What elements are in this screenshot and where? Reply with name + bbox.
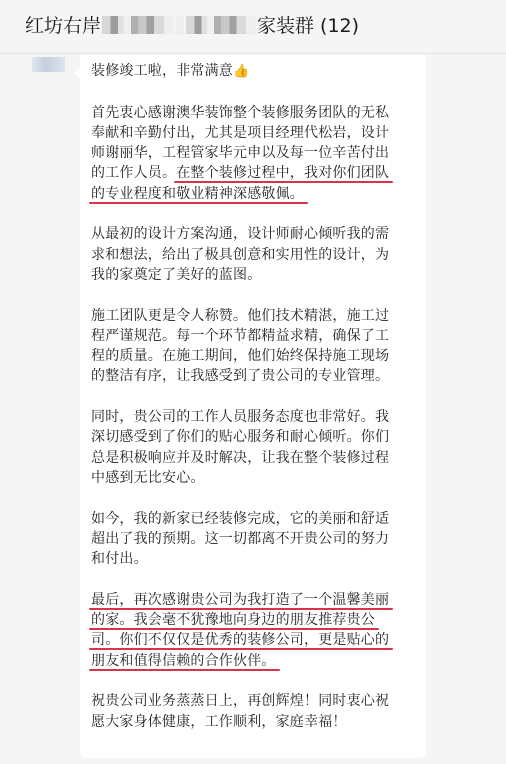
message-line-text: 愿大家身体健康，工作顺利，家庭幸福！: [91, 714, 347, 730]
message-line: 施工团队更是令人称赞。他们技术精湛，施工过: [91, 306, 421, 326]
message-paragraph: 最后，再次感谢贵公司为我打造了一个温馨美丽的家。我会毫不犹豫地向身边的朋友推荐贵…: [91, 590, 421, 671]
message-line-text: 程的质量。在施工期间，他们始终保持施工现场: [91, 348, 389, 364]
message-line: 的工作人员。在整个装修过程中，我对你们团队: [91, 163, 421, 183]
message-first-line: 装修竣工啦，非常满意👍: [91, 61, 421, 82]
message-line: 程严谨规范。每一个环节都精益求精，确保了工: [91, 326, 421, 346]
message-line: 程的质量。在施工期间，他们始终保持施工现场: [91, 346, 421, 366]
message-line-text: 总是积极响应并及时解决，让我在整个装修过程: [91, 450, 389, 466]
message-paragraph: 首先衷心感谢澳华装饰整个装修服务团队的无私奉献和辛勤付出，尤其是项目经理代松岩，…: [91, 103, 421, 204]
message-line: 从最初的设计方案沟通，设计师耐心倾听我的需: [91, 224, 421, 244]
message-line-text: 求和想法，给出了极具创意和实用性的设计，为: [91, 247, 389, 263]
message-line-text: 中感到无比安心。: [91, 470, 205, 486]
highlighted-text: 司。你们不仅仅是优秀的装修公司，更是贴心的: [91, 632, 389, 648]
message-paragraph: 如今，我的新家已经装修完成，它的美丽和舒适超出了我的预期。这一切都离不开贵公司的…: [91, 509, 421, 570]
message-line: 求和想法，给出了极具创意和实用性的设计，为: [91, 245, 421, 265]
message-line: 祝贵公司业务蒸蒸日上，再创辉煌！同时衷心祝: [91, 691, 421, 711]
message-line: 如今，我的新家已经装修完成，它的美丽和舒适: [91, 509, 421, 529]
group-title[interactable]: 红坊右岸 家装群 (12): [25, 11, 359, 38]
message-line: 的专业程度和敬业精神深感敬佩。: [91, 184, 421, 204]
message-line: 师谢丽华，工程管家毕元申以及每一位辛苦付出: [91, 143, 421, 163]
thumbs-up-icon: 👍: [233, 62, 249, 82]
message-line-text: 深切感受到了你们的贴心服务和耐心倾听。你们: [91, 429, 389, 445]
message-line-text: 我的家奠定了美好的蓝图。: [91, 267, 261, 283]
message-line: 深切感受到了你们的贴心服务和耐心倾听。你们: [91, 427, 421, 447]
message-paragraph: 施工团队更是令人称赞。他们技术精湛，施工过程严谨规范。每一个环节都精益求精，确保…: [91, 306, 421, 387]
message-line-text: 程严谨规范。每一个环节都精益求精，确保了工: [91, 328, 389, 344]
group-title-suffix: 家装群 (12): [257, 11, 359, 38]
message-line-text: 同时，贵公司的工作人员服务态度也非常好。我: [91, 409, 389, 425]
message-line-text: 的工作人员。: [91, 165, 176, 181]
message-line-text: 从最初的设计方案沟通，设计师耐心倾听我的需: [91, 226, 389, 242]
message-line: 和付出。: [91, 549, 421, 569]
highlighted-text: 在整个装修过程中，我对你们团队: [176, 165, 389, 181]
group-title-prefix: 红坊右岸: [25, 11, 101, 38]
message-line-text: 奉献和辛勤付出，尤其是项目经理代松岩，设计: [91, 125, 389, 141]
sender-avatar[interactable]: [32, 57, 65, 72]
message-line: 总是积极响应并及时解决，让我在整个装修过程: [91, 448, 421, 468]
highlighted-text: 的专业程度和敬业精神深感敬佩。: [91, 186, 304, 202]
message-line: 超出了我的预期。这一切都离不开贵公司的努力: [91, 529, 421, 549]
message-line: 最后，再次感谢贵公司为我打造了一个温馨美丽: [91, 590, 421, 610]
message-line-text: 首先衷心感谢澳华装饰整个装修服务团队的无私: [91, 105, 389, 121]
message-line-text: 的整洁有序，让我感受到了贵公司的专业管理。: [91, 368, 389, 384]
redacted-name-blur: [102, 16, 174, 34]
message-bubble[interactable]: 装修竣工啦，非常满意👍 首先衷心感谢澳华装饰整个装修服务团队的无私奉献和辛勤付出…: [80, 55, 426, 758]
message-text: 装修竣工啦，非常满意👍 首先衷心感谢澳华装饰整个装修服务团队的无私奉献和辛勤付出…: [91, 61, 421, 752]
message-line: 愿大家身体健康，工作顺利，家庭幸福！: [91, 712, 421, 732]
message-line-text: 祝贵公司业务蒸蒸日上，再创辉煌！同时衷心祝: [91, 693, 389, 709]
message-first-line-text: 装修竣工啦，非常满意: [91, 63, 233, 79]
message-line: 的整洁有序，让我感受到了贵公司的专业管理。: [91, 366, 421, 386]
message-line: 的家。我会毫不犹豫地向身边的朋友推荐贵公: [91, 610, 421, 630]
message-paragraph: 同时，贵公司的工作人员服务态度也非常好。我深切感受到了你们的贴心服务和耐心倾听。…: [91, 407, 421, 488]
message-line: 我的家奠定了美好的蓝图。: [91, 265, 421, 285]
message-line: 司。你们不仅仅是优秀的装修公司，更是贴心的: [91, 630, 421, 650]
message-line-text: 超出了我的预期。这一切都离不开贵公司的努力: [91, 531, 389, 547]
redacted-name-blur: [186, 16, 256, 34]
message-line-text: 施工团队更是令人称赞。他们技术精湛，施工过: [91, 308, 389, 324]
highlighted-text: 最后，再次感谢贵公司为我打造了一个温馨美丽: [91, 592, 389, 608]
highlighted-text: 朋友和值得信赖的合作伙伴。: [91, 653, 276, 669]
message-paragraph: 从最初的设计方案沟通，设计师耐心倾听我的需求和想法，给出了极具创意和实用性的设计…: [91, 224, 421, 285]
message-line: 中感到无比安心。: [91, 468, 421, 488]
highlighted-text: 的家。我会毫不犹豫地向身边的朋友推荐贵公: [91, 612, 375, 628]
message-line-text: 师谢丽华，工程管家毕元申以及每一位辛苦付出: [91, 145, 389, 161]
message-line: 同时，贵公司的工作人员服务态度也非常好。我: [91, 407, 421, 427]
message-line-text: 如今，我的新家已经装修完成，它的美丽和舒适: [91, 511, 389, 527]
redacted-name-blur: [176, 16, 184, 34]
message-line: 奉献和辛勤付出，尤其是项目经理代松岩，设计: [91, 123, 421, 143]
message-line: 首先衷心感谢澳华装饰整个装修服务团队的无私: [91, 103, 421, 123]
chat-header: 红坊右岸 家装群 (12): [0, 0, 506, 54]
message-paragraph: 祝贵公司业务蒸蒸日上，再创辉煌！同时衷心祝愿大家身体健康，工作顺利，家庭幸福！: [91, 691, 421, 732]
message-line: 朋友和值得信赖的合作伙伴。: [91, 651, 421, 671]
message-line-text: 和付出。: [91, 551, 148, 567]
message-paragraphs: 首先衷心感谢澳华装饰整个装修服务团队的无私奉献和辛勤付出，尤其是项目经理代松岩，…: [91, 103, 421, 732]
